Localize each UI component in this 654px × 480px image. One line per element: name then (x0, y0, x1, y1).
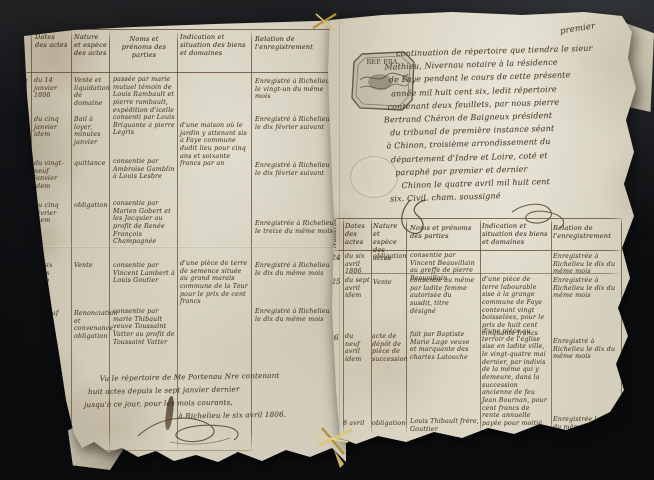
left-table-top-rule (20, 29, 344, 30)
right-header-dates: Dates des actes (345, 222, 370, 246)
right-page: premier REP. FRA. 50 continuation de rép… (322, 10, 654, 458)
row-date: du six mars idem (33, 262, 68, 285)
left-header-nature: Nature et espèce des actes (74, 33, 107, 57)
left-table-header-rule (20, 72, 344, 73)
left-header-dates: Dates des actes (35, 33, 69, 49)
row-enreg: Enregistrée le dix du même mois (553, 416, 619, 431)
opening-paragraph: continuation de répertoire que tiendra l… (378, 40, 648, 206)
right-header-enreg: Relation de l'enregistrement (553, 224, 619, 240)
row-parties: consenti par Louis Briquante à pierre Le… (113, 114, 175, 137)
row-nature: quittance (74, 160, 107, 168)
row-date: du cinq janvier idem (34, 116, 68, 139)
right-header-parties: Noms et prénoms des parties (410, 224, 476, 240)
left-col-rule-2 (71, 29, 72, 453)
row-number: 23 (16, 310, 26, 319)
row-parties: consentie par marie Thibault veuve Touss… (113, 308, 175, 346)
row-number: 18 (18, 77, 28, 86)
row-date: du 14 janvier 1806 (34, 77, 68, 100)
right-col-rule-5 (551, 218, 552, 434)
row-parties: consentie par Ambroise Gamblin à Louis L… (113, 158, 175, 181)
row-date: du neuf mars idem (33, 310, 68, 333)
row-number: 20 (18, 160, 28, 169)
row-nature: Renonciation et convenance, obligation (74, 310, 107, 341)
row-enreg: Enregistré à Richelieu le dix du même mo… (553, 338, 619, 361)
binding-thread-top-icon (310, 8, 340, 36)
row-enreg: Enregistrée à Richelieu le dix du même m… (553, 253, 619, 276)
row-date: du vingt-neuf janvier idem (34, 160, 68, 191)
row-nature: obligation (372, 420, 404, 428)
right-col-rule-1 (343, 218, 344, 434)
row-nature: Vente (373, 279, 404, 287)
row-parties: consentie au même par ladite femme autor… (410, 277, 476, 315)
binding-crease (339, 16, 341, 446)
row-nature: Bail à loyer, minutes janvier (74, 116, 107, 147)
row-nature: acte de dépôt de pièce de succession (372, 333, 404, 364)
row-parties: passée par marie mutuel témoin de Louis … (113, 76, 175, 114)
row-nature: obligation (74, 202, 107, 210)
left-header-biens: Indication et situation des biens et dom… (180, 33, 248, 57)
right-table-top-rule (332, 218, 624, 219)
row-biens: d'une maison où le jardin y attenant sis… (180, 122, 250, 168)
row-parties: consentie par Marien Gobert et les Jacqu… (113, 200, 175, 246)
archival-scan: Numéros Dates des actes Nature et espèce… (0, 0, 654, 480)
binding-thread-bottom-icon (314, 424, 358, 474)
row-number: 24 (331, 253, 341, 262)
row-number: 22 (16, 262, 26, 271)
row-parties: Louis Thibault frère, Gouttier (410, 418, 490, 433)
right-col-rule-4 (480, 218, 481, 434)
left-page-wrap: Numéros Dates des actes Nature et espèce… (14, 20, 346, 462)
left-table-bottom-rule (54, 450, 254, 451)
right-col-rule-3 (406, 218, 407, 434)
row-biens: d'une pièce de terre de semence située a… (180, 260, 250, 306)
row-biens: d'une pièce au terroir de l'église sise … (482, 328, 548, 428)
row-date: du neuf avril idem (345, 333, 370, 364)
signature-flourish (130, 412, 250, 448)
row-date: du six avril 1806 (345, 253, 370, 276)
right-header-biens: Indication et situation des biens et dom… (482, 222, 548, 246)
fold-crease (24, 246, 344, 248)
left-header-numeros: Numéros (19, 39, 26, 68)
left-col-rule-1 (31, 29, 32, 453)
row-parties: fait par Baptiste Marie Lage veuve et ma… (410, 331, 476, 362)
row-enreg: Enregistrée à Richelieu le dix du même m… (553, 277, 619, 300)
row-date: du sept avril idem (345, 277, 370, 300)
row-parties: consentie par Vincent Lambert à Louis Go… (113, 262, 175, 285)
row-nature: Vente (74, 262, 107, 270)
row-date: du cinq février idem (34, 202, 68, 225)
left-header-parties: Noms et prénoms des parties (114, 35, 174, 59)
row-number: 25 (331, 277, 341, 286)
row-number: 21 (18, 200, 28, 209)
left-page: Numéros Dates des actes Nature et espèce… (14, 20, 346, 462)
row-number: 26 (329, 333, 339, 342)
right-page-wrap: premier REP. FRA. 50 continuation de rép… (322, 10, 654, 458)
row-nature: obligation (373, 253, 404, 261)
right-col-rule-2 (371, 218, 372, 434)
corner-note: premier (559, 21, 596, 37)
right-header-numeros: Numéros (331, 219, 338, 248)
row-nature: Vente et liquidation de domaine (74, 77, 107, 108)
row-number: 19 (18, 116, 28, 125)
right-col-rule-6 (621, 218, 622, 428)
